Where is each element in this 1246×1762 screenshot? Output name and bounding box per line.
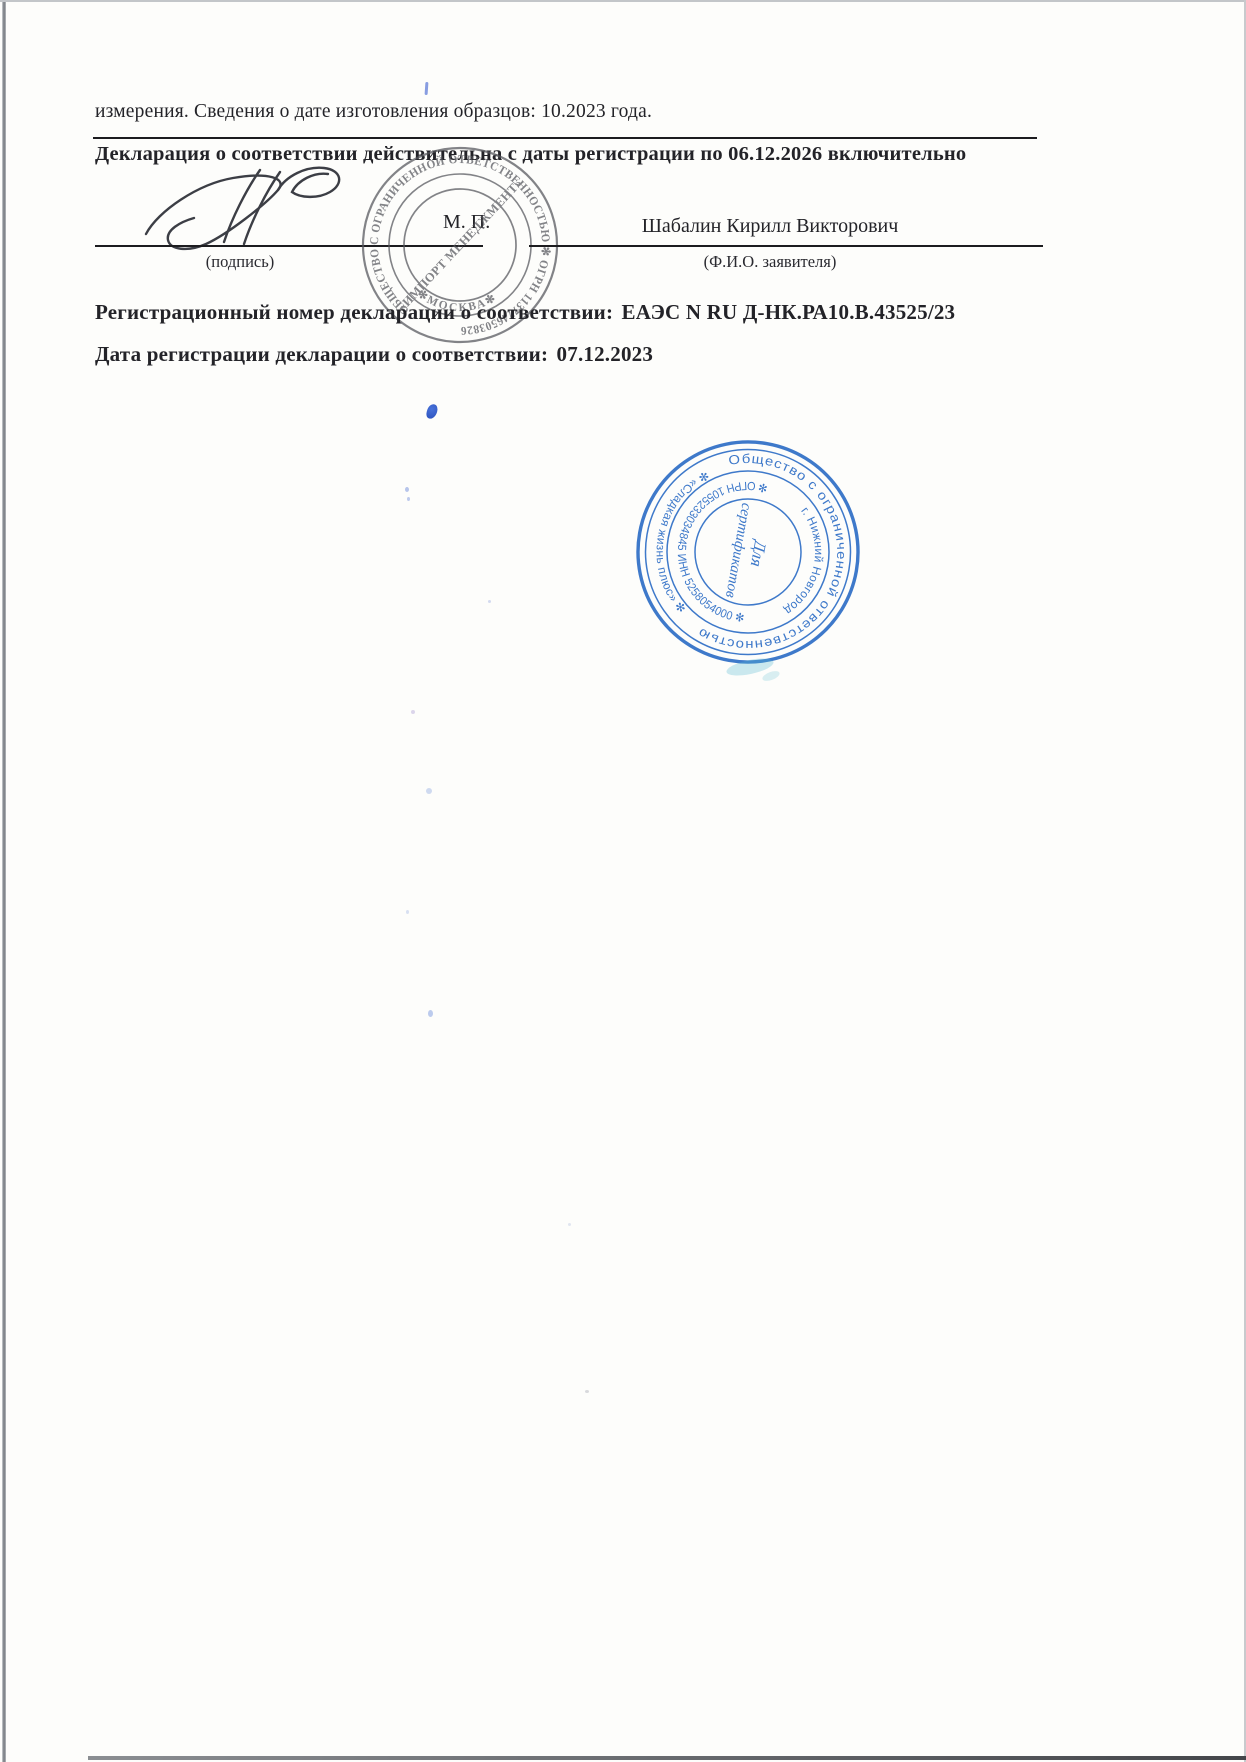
- registration-date-label: Дата регистрации декларации о соответств…: [95, 342, 548, 366]
- registration-date-value: 07.12.2023: [557, 342, 654, 366]
- ink-speck: [568, 1223, 571, 1226]
- ink-speck: [405, 487, 409, 492]
- document-page: измерения. Сведения о дате изготовления …: [0, 0, 1246, 1762]
- certification-stamp: Общество с ограниченной ответственностью…: [633, 437, 863, 672]
- ink-drop: [425, 403, 439, 420]
- black-stamp-center-text: «ИМПОРТ МЕНЕДЖМЕНТ»: [395, 176, 525, 314]
- registration-number-value: ЕАЭС N RU Д-НК.РА10.В.43525/23: [622, 300, 956, 324]
- signature-caption: (подпись): [95, 252, 385, 272]
- ink-speck: [425, 82, 429, 95]
- ink-speck: [428, 1010, 433, 1017]
- registration-number-label: Регистрационный номер декларации о соотв…: [95, 300, 613, 324]
- blue-stamp-center-line1: Для: [747, 537, 771, 568]
- registration-date-line: Дата регистрации декларации о соответств…: [95, 342, 653, 367]
- ink-speck: [411, 710, 415, 714]
- scan-edge-left: [2, 0, 6, 1762]
- ink-speck: [426, 788, 432, 794]
- ink-speck: [488, 600, 491, 603]
- scan-edge-top: [0, 0, 1246, 2]
- ink-speck: [585, 1390, 589, 1393]
- horizontal-rule: [93, 137, 1037, 139]
- ink-speck: [406, 910, 409, 914]
- intro-text: измерения. Сведения о дате изготовления …: [95, 101, 652, 123]
- svg-text:Общество с ограниченной ответс: Общество с ограниченной ответственностью: [694, 446, 863, 667]
- name-caption: (Ф.И.О. заявителя): [560, 252, 980, 272]
- blue-stamp-company-text: Общество с ограниченной ответственностью: [694, 446, 863, 667]
- ink-speck: [407, 497, 410, 501]
- scan-edge-bottom: [88, 1756, 1246, 1760]
- name-line: [529, 245, 1043, 247]
- registration-number-line: Регистрационный номер декларации о соотв…: [95, 300, 955, 325]
- applicant-name: Шабалин Кирилл Викторович: [560, 215, 980, 238]
